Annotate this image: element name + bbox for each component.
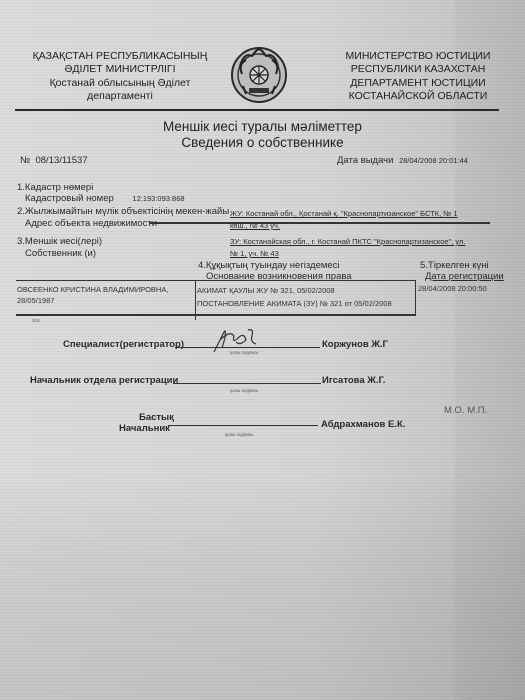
header-divider bbox=[15, 109, 499, 111]
date-header-ru: Дата регистрации bbox=[420, 271, 504, 282]
head-signature-line bbox=[173, 383, 321, 384]
footnote-number: 319 bbox=[32, 318, 40, 323]
title-kz: Меншік иесі туралы мәліметтер bbox=[0, 119, 525, 134]
date-header-kz: 5.Тіркелген күні bbox=[420, 260, 504, 271]
header-left-line2: ӘДІЛЕТ МИНИСТРЛІГІ bbox=[20, 63, 220, 76]
basis-kz: АКИМАТ ҚАУЛЫ ЖУ № 321, 05/02/2008 bbox=[197, 284, 392, 297]
table-bottom-border bbox=[16, 314, 416, 316]
document-number-label: № bbox=[20, 155, 30, 166]
table-header-basis: 4.Құқықтың туындау негіздемесі Основание… bbox=[198, 260, 352, 282]
cadastral-label-ru: Кадастровый номер bbox=[25, 193, 114, 204]
issue-date: Дата выдачи 28/04/2008 20:01:44 bbox=[337, 155, 468, 166]
basis-ru: ПОСТАНОВЛЕНИЕ АКИМАТА (ЗУ) № 321 от 05/0… bbox=[197, 297, 392, 310]
scan-shadow bbox=[0, 470, 525, 700]
header-right-line1: МИНИСТЕРСТВО ЮСТИЦИИ bbox=[318, 50, 518, 63]
issue-date-value: 28/04/2008 20:01:44 bbox=[399, 156, 468, 165]
cadastral-label-kz: 1.Кадастр нөмері bbox=[17, 182, 185, 193]
address-label-kz: 2.Жылжымайтын мүлік объектісінің мекен-ж… bbox=[17, 206, 229, 218]
title-ru: Сведения о собственнике bbox=[0, 135, 525, 150]
field-cadastral: 1.Кадастр нөмері Кадастровый номер 12:19… bbox=[17, 182, 185, 204]
field-owner-label: 3.Меншік иесі(лері) Собственник (и) bbox=[17, 236, 102, 260]
chief-signature-line bbox=[168, 425, 318, 426]
owner-name: ОВСЕЕНКО КРИСТИНА ВЛАДИМИРОВНА, bbox=[17, 284, 168, 295]
basis-header-kz: 4.Құқықтың туындау негіздемесі bbox=[198, 260, 352, 271]
owner-value-line1: ЗУ: Костанайская обл., г. Костанай ПКТС … bbox=[230, 236, 465, 248]
table-col-divider-2 bbox=[415, 280, 416, 315]
header-right-line3: ДЕПАРТАМЕНТ ЮСТИЦИИ bbox=[318, 77, 518, 90]
head-of-department-name: Игсатова Ж.Г. bbox=[322, 375, 385, 386]
table-col-divider-1 bbox=[195, 280, 196, 320]
specialist-label: Специалист(регистратор) bbox=[63, 339, 184, 350]
head-of-department-label: Начальник отдела регистрации bbox=[30, 375, 178, 386]
address-label-ru: Адрес объекта недвижимости bbox=[17, 218, 229, 230]
table-row-basis: АКИМАТ ҚАУЛЫ ЖУ № 321, 05/02/2008 ПОСТАН… bbox=[197, 284, 392, 310]
address-value-line1: ЖУ: Костанай обл., Қостанай қ. "Краснопа… bbox=[230, 208, 458, 220]
header-left-line3: Қостанай облысының Әділет bbox=[20, 77, 220, 90]
field-owner-value: ЗУ: Костанайская обл., г. Костанай ПКТС … bbox=[230, 236, 465, 260]
field-address-value: ЖУ: Костанай обл., Қостанай қ. "Краснопа… bbox=[230, 208, 458, 232]
issue-date-label: Дата выдачи bbox=[337, 155, 393, 166]
stamp-place: М.О. М.П. bbox=[444, 405, 487, 416]
address-strike-line bbox=[150, 222, 490, 224]
state-emblem-icon bbox=[230, 44, 288, 106]
specialist-name: Коржунов Ж.Г bbox=[322, 339, 388, 350]
chief-caption: қолы подпись bbox=[225, 432, 254, 437]
chief-label-ru: Начальник bbox=[119, 423, 170, 434]
registration-date: 28/04/2008 20:00:50 bbox=[418, 284, 487, 293]
owner-value-line2: № 1, уч. № 43 bbox=[230, 248, 465, 260]
header-right-line2: РЕСПУБЛИКИ КАЗАХСТАН bbox=[318, 63, 518, 76]
field-address-label: 2.Жылжымайтын мүлік объектісінің мекен-ж… bbox=[17, 206, 229, 230]
table-top-border bbox=[16, 280, 416, 281]
chief-name: Абдрахманов Е.К. bbox=[321, 419, 405, 430]
cadastral-value: 12:193:093:868 bbox=[132, 194, 184, 203]
header-right-line4: КОСТАНАЙСКОЙ ОБЛАСТИ bbox=[318, 90, 518, 103]
owner-label-kz: 3.Меншік иесі(лері) bbox=[17, 236, 102, 248]
header-left-line4: департаменті bbox=[20, 90, 220, 103]
table-row-owner: ОВСЕЕНКО КРИСТИНА ВЛАДИМИРОВНА, 28/05/19… bbox=[17, 284, 168, 306]
header-right-block: МИНИСТЕРСТВО ЮСТИЦИИ РЕСПУБЛИКИ КАЗАХСТА… bbox=[318, 50, 518, 102]
head-caption: қолы подпись bbox=[230, 388, 259, 393]
chief-label-kz: Бастық bbox=[139, 412, 174, 423]
header-left-line1: ҚАЗАҚСТАН РЕСПУБЛИКАСЫНЫҢ bbox=[20, 50, 220, 63]
document-number-value: 08/13/11537 bbox=[35, 155, 87, 166]
table-header-date: 5.Тіркелген күні Дата регистрации bbox=[420, 260, 504, 282]
specialist-caption: қолы подпись bbox=[230, 350, 259, 355]
owner-birthdate: 28/05/1987 bbox=[17, 295, 168, 306]
header-left-block: ҚАЗАҚСТАН РЕСПУБЛИКАСЫНЫҢ ӘДІЛЕТ МИНИСТР… bbox=[20, 50, 220, 102]
document-number: № 08/13/11537 bbox=[20, 155, 88, 166]
owner-label-ru: Собственник (и) bbox=[17, 248, 102, 260]
scan-noise bbox=[455, 0, 525, 700]
